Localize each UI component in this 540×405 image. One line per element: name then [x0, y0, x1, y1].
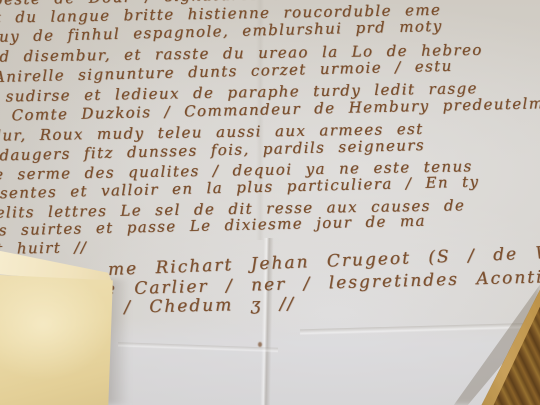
- cream-block: [0, 245, 140, 405]
- cream-block-front-face: [0, 271, 114, 405]
- manuscript-photo: ubeste de Dour / signatures de tachet U …: [0, 0, 540, 405]
